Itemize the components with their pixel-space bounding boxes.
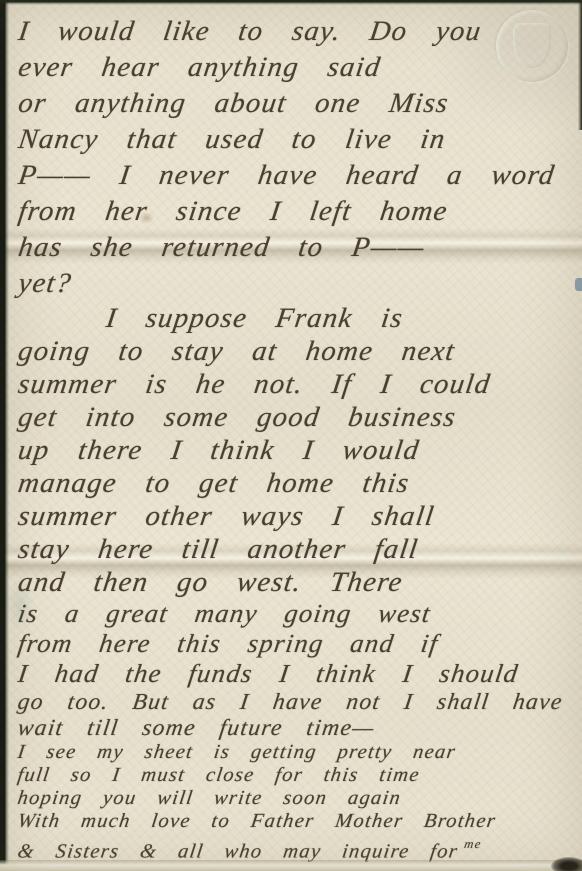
letter-body: I would like to say. Do you ever hear an…: [16, 14, 580, 863]
letter-line: going to stay at home next: [16, 335, 582, 368]
letter-line: stay here till another fall: [16, 533, 582, 566]
scan-edge-top: [0, 0, 582, 5]
letter-line: I had the funds I think I should: [16, 659, 582, 689]
letter-line: I see my sheet is getting pretty near: [16, 741, 582, 764]
letter-line: get into some good business: [16, 401, 582, 434]
letter-line: from here this spring and if: [16, 629, 582, 659]
letter-line: is a great many going west: [16, 599, 582, 629]
scan-edge-left: [0, 0, 9, 871]
letter-line: summer other ways I shall: [16, 500, 582, 533]
letter-line: and then go west. There: [16, 566, 582, 599]
letter-line: P—— I never have heard a word: [16, 158, 582, 194]
letter-line: I would like to say. Do you: [16, 14, 582, 50]
letter-line: full so I must close for this time: [16, 764, 582, 787]
letter-line: summer is he not. If I could: [16, 368, 582, 401]
letter-line: I suppose Frank is: [104, 302, 582, 335]
letter-line: hoping you will write soon again: [16, 787, 582, 810]
letter-line-text: & Sisters & all who may inquire for: [16, 840, 460, 862]
letter-line: & Sisters & all who may inquire forme: [16, 833, 582, 863]
letter-line: yet?: [16, 266, 582, 302]
letter-line: go too. But as I have not I shall have: [16, 689, 582, 715]
letter-line: Nancy that used to live in: [16, 122, 582, 158]
letter-line: With much love to Father Mother Brother: [16, 810, 582, 833]
letter-line: or anything about one Miss: [16, 86, 582, 122]
letter-line: from her since I left home: [16, 194, 582, 230]
letter-line: ever hear anything said: [16, 50, 582, 86]
ink-blot: [551, 857, 582, 871]
letter-page: I would like to say. Do you ever hear an…: [0, 0, 582, 871]
letter-line: wait till some future time—: [16, 715, 582, 741]
superscript-word: me: [463, 837, 482, 851]
letter-line: up there I think I would: [16, 434, 582, 467]
letter-line: has she returned to P——: [16, 230, 582, 266]
letter-line: manage to get home this: [16, 467, 582, 500]
paper-bottom-edge: [0, 860, 582, 871]
scan-edge-right: [578, 0, 582, 130]
